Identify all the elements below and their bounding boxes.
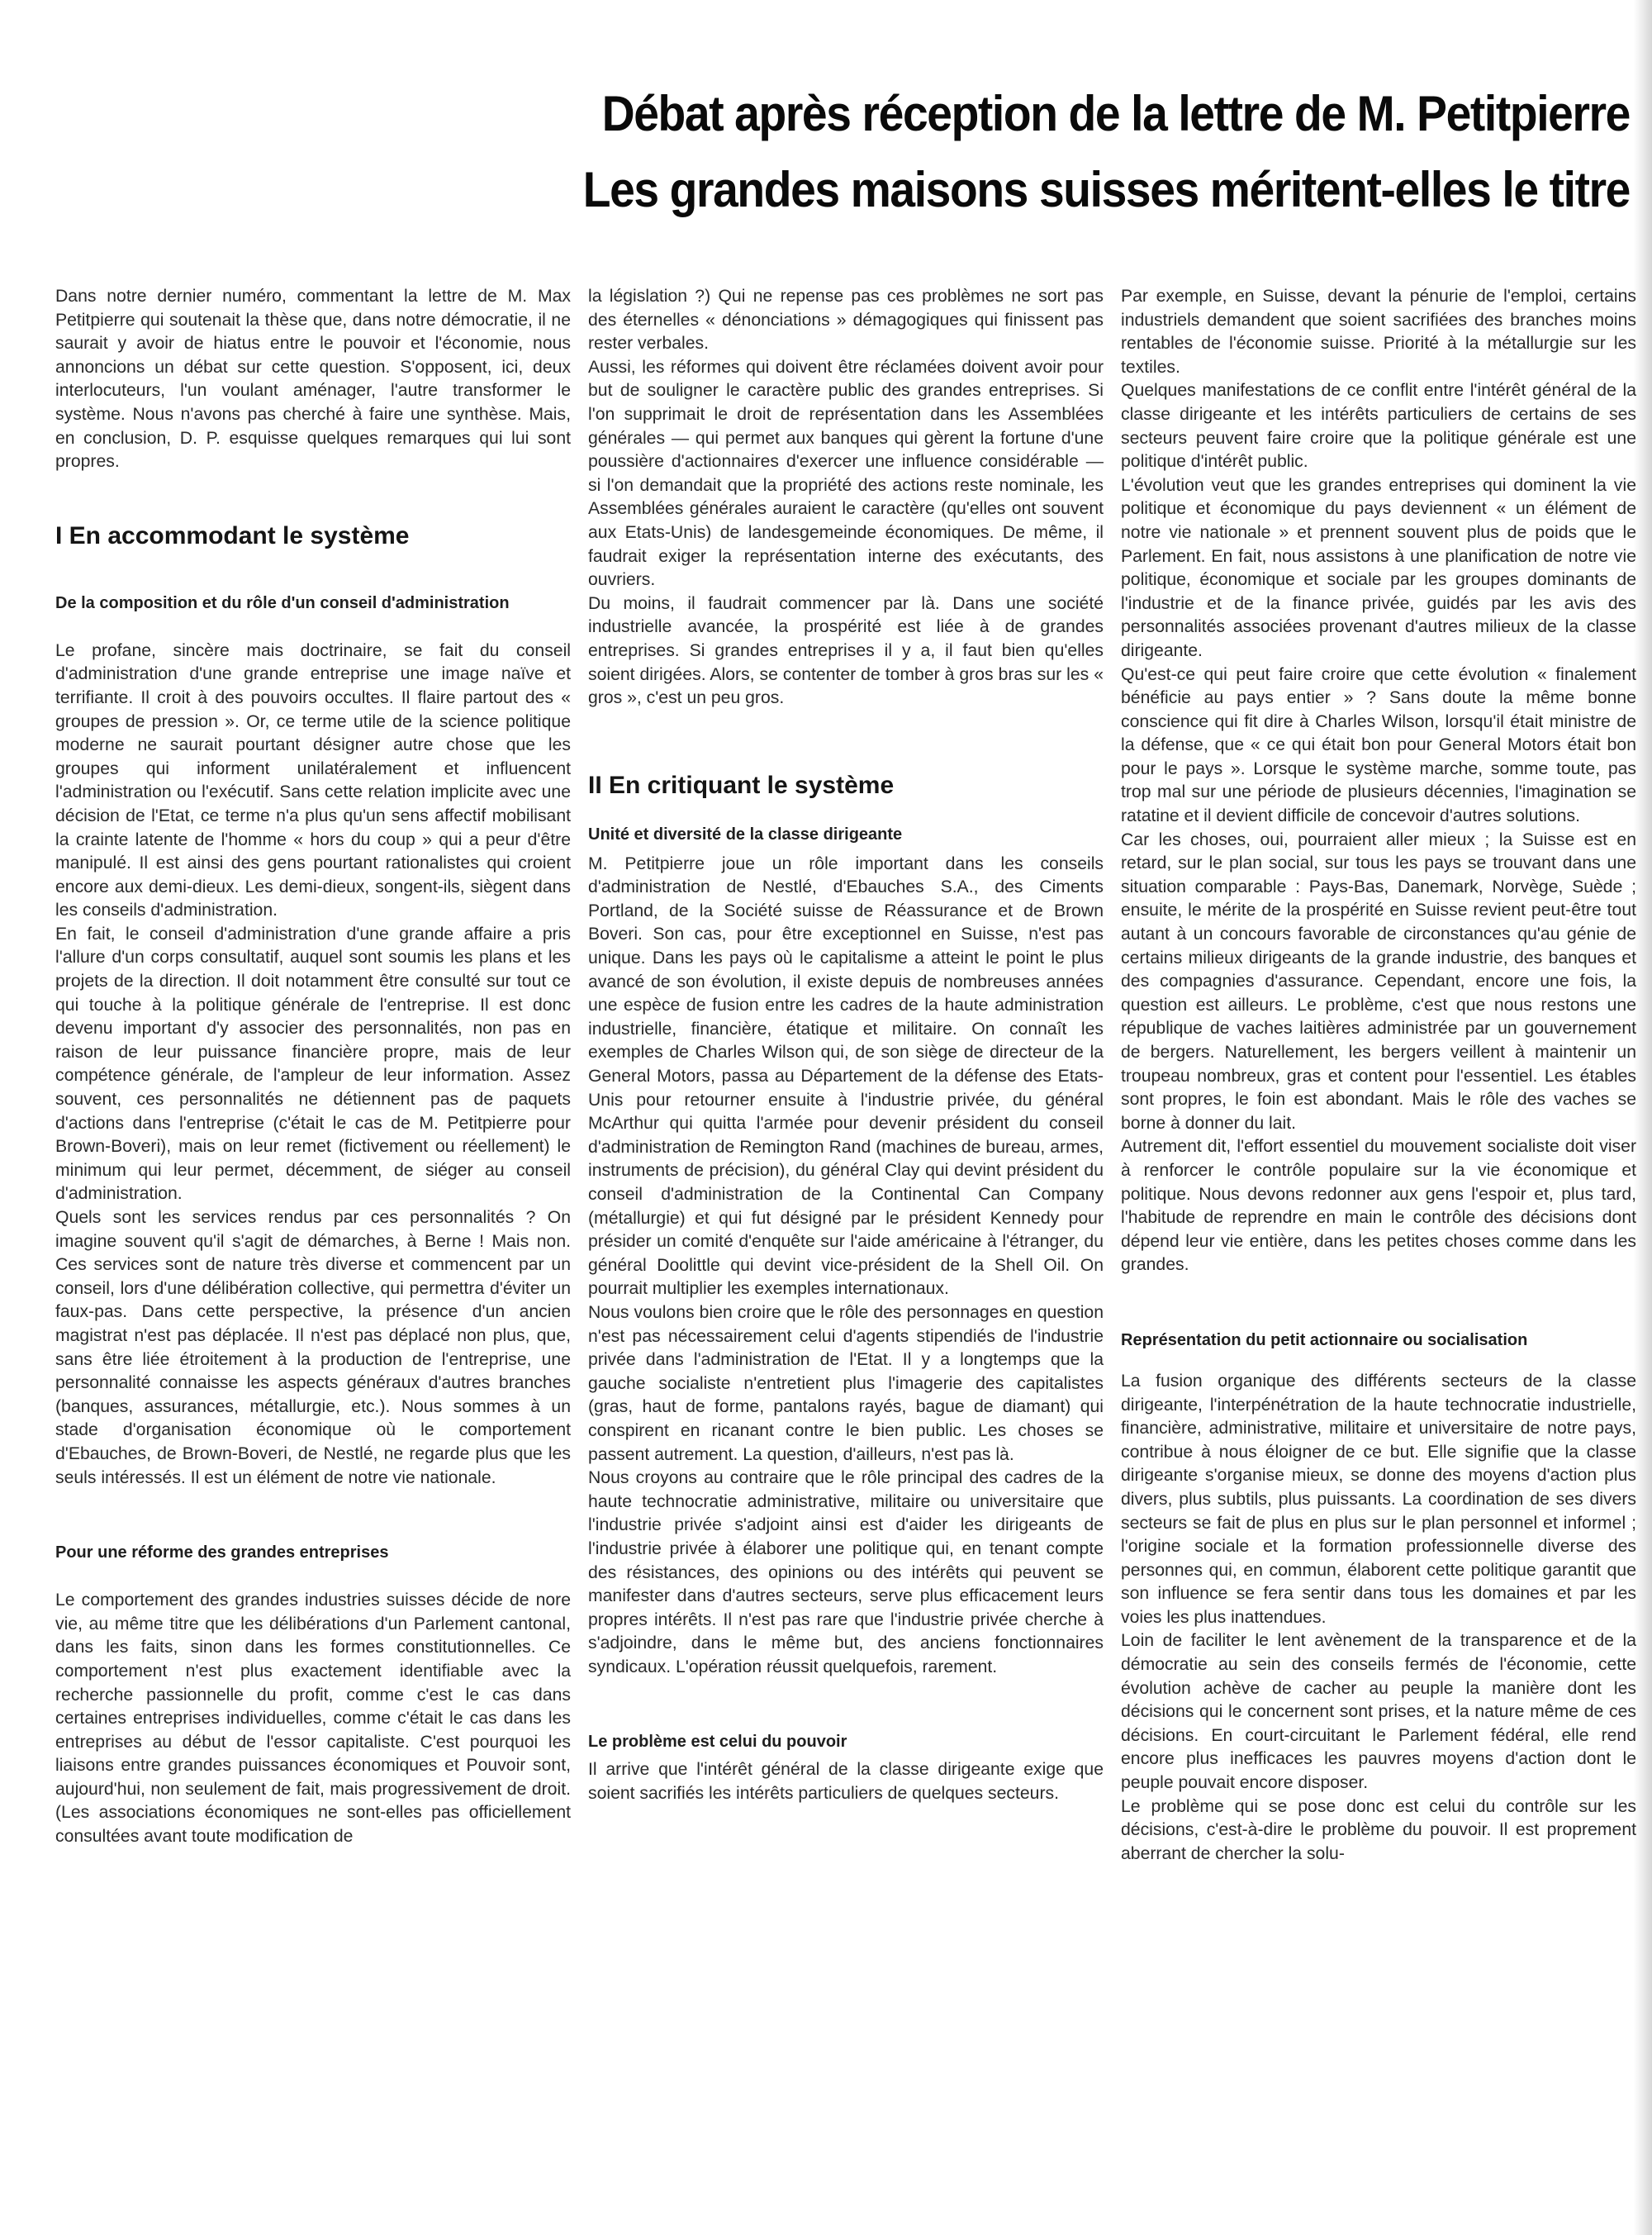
page-edge-shadow: [1634, 0, 1652, 2235]
paragraph: Nous croyons au contraire que le rôle pr…: [588, 1467, 1104, 1679]
paragraph: Car les choses, oui, pourraient aller mi…: [1121, 829, 1636, 1136]
subheading: Unité et diversité de la classe dirigean…: [588, 823, 1104, 846]
paragraph: L'évolution veut que les grandes entrepr…: [1121, 474, 1636, 663]
paragraph: Loin de faciliter le lent avènement de l…: [1121, 1629, 1636, 1795]
paragraph: En fait, le conseil d'administration d'u…: [55, 923, 571, 1206]
article-headline: Débat après réception de la lettre de M.…: [337, 76, 1630, 228]
subheading: Pour une réforme des grandes entreprises: [55, 1541, 571, 1564]
text-column-3: Par exemple, en Suisse, devant la pénuri…: [1121, 285, 1636, 1866]
headline-line-2: Les grandes maisons suisses méritent-ell…: [440, 152, 1630, 228]
paragraph: Le problème qui se pose donc est celui d…: [1121, 1795, 1636, 1866]
paragraph: Quelques manifestations de ce conflit en…: [1121, 379, 1636, 473]
text-column-2: la législation ?) Qui ne repense pas ces…: [588, 285, 1104, 1806]
headline-line-1: Débat après réception de la lettre de M.…: [440, 76, 1630, 152]
paragraph: Il arrive que l'intérêt général de la cl…: [588, 1758, 1104, 1805]
paragraph: M. Petitpierre joue un rôle important da…: [588, 853, 1104, 1301]
paragraph: Dans notre dernier numéro, commentant la…: [55, 285, 571, 474]
paragraph: Aussi, les réformes qui doivent être réc…: [588, 356, 1104, 592]
paragraph: Quels sont les services rendus par ces p…: [55, 1206, 571, 1490]
paragraph: Par exemple, en Suisse, devant la pénuri…: [1121, 285, 1636, 379]
subheading: De la composition et du rôle d'un consei…: [55, 592, 571, 615]
section-heading: I En accommodant le système: [55, 522, 571, 550]
paragraph: Le comportement des grandes industries s…: [55, 1589, 571, 1849]
paragraph: Du moins, il faudrait commencer par là. …: [588, 592, 1104, 711]
paragraph: la législation ?) Qui ne repense pas ces…: [588, 285, 1104, 356]
paragraph: Autrement dit, l'effort essentiel du mou…: [1121, 1135, 1636, 1277]
subheading: Le problème est celui du pouvoir: [588, 1730, 1104, 1753]
paragraph: Qu'est-ce qui peut faire croire que cett…: [1121, 663, 1636, 829]
paragraph: Le profane, sincère mais doctrinaire, se…: [55, 640, 571, 923]
section-heading: II En critiquant le système: [588, 772, 1104, 800]
paragraph: La fusion organique des différents secte…: [1121, 1370, 1636, 1630]
text-column-1: Dans notre dernier numéro, commentant la…: [55, 285, 571, 1849]
subheading: Représentation du petit actionnaire ou s…: [1121, 1329, 1636, 1352]
paragraph: Nous voulons bien croire que le rôle des…: [588, 1301, 1104, 1467]
